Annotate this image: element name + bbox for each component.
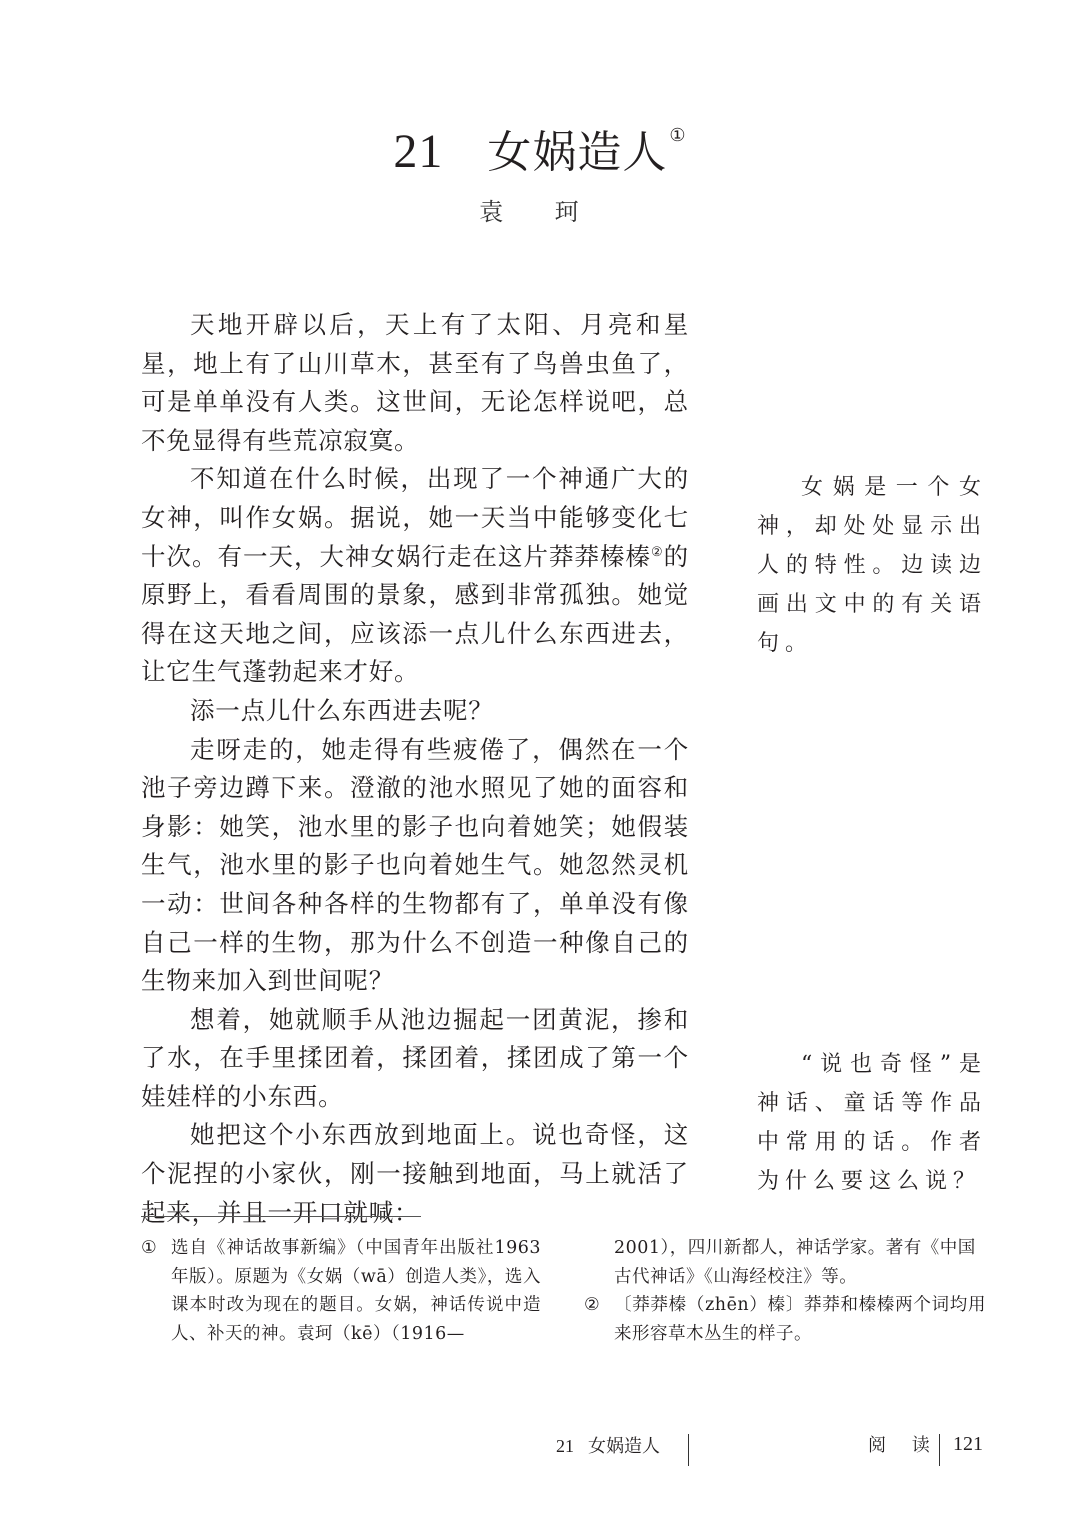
paragraph-1: 天地开辟以后，天上有了太阳、月亮和星星，地上有了山川草木，甚至有了鸟兽虫鱼了，可… [141, 306, 689, 460]
footnote-1: ① 选自《神话故事新编》（中国青年出版社1963年版）。原题为《女娲（wā）创造… [141, 1234, 541, 1348]
footer-lesson-number: 21 [556, 1436, 574, 1456]
paragraph-4: 走呀走的，她走得有些疲倦了，偶然在一个池子旁边蹲下来。澄澈的池水照见了她的面容和… [141, 731, 689, 1001]
main-text: 天地开辟以后，天上有了太阳、月亮和星星，地上有了山川草木，甚至有了鸟兽虫鱼了，可… [141, 306, 689, 1232]
footer-divider-right [939, 1434, 940, 1466]
lesson-title-text: 女娲造人 [487, 127, 667, 178]
footer-divider-left [688, 1434, 689, 1466]
footer-section: 阅 读 [868, 1432, 940, 1460]
lesson-number: 21 [393, 125, 443, 178]
footnotes-right-column: 2001），四川新都人，神话学家。著有《中国古代神话》《山海经校注》等。 ② 〔… [584, 1234, 986, 1348]
paragraph-3: 添一点儿什么东西进去呢？ [141, 692, 689, 731]
footer-lesson-title: 女娲造人 [588, 1436, 660, 1457]
footnote-ref-2[interactable]: ② [651, 545, 664, 560]
footnote-1-continuation: 2001），四川新都人，神话学家。著有《中国古代神话》《山海经校注》等。 [584, 1234, 986, 1291]
paragraph-5: 想着，她就顺手从池边掘起一团黄泥，掺和了水，在手里揉团着，揉团着，揉团成了第一个… [141, 1001, 689, 1117]
footnote-2: ② 〔莽莽榛（zhēn）榛〕莽莽和榛榛两个词均用来形容草木丛生的样子。 [584, 1291, 986, 1348]
page-number: 121 [953, 1430, 983, 1458]
paragraph-2: 不知道在什么时候，出现了一个神通广大的女神，叫作女娲。据说，她一天当中能够变化七… [141, 460, 689, 692]
title-footnote-marker[interactable]: ① [669, 125, 686, 146]
footnote-1-text: 选自《神话故事新编》（中国青年出版社1963年版）。原题为《女娲（wā）创造人类… [171, 1238, 541, 1344]
side-note-2: “说也奇怪”是神话、童话等作品中常用的话。作者为什么要这么说？ [757, 1045, 987, 1201]
paragraph-6: 她把这个小东西放到地面上。说也奇怪，这个泥捏的小家伙，刚一接触到地面，马上就活了… [141, 1116, 689, 1232]
side-note-1: 女娲是一个女神，却处处显示出人的特性。边读边画出文中的有关语句。 [757, 468, 987, 663]
footnote-2-marker: ② [584, 1291, 600, 1320]
footnote-divider [141, 1216, 421, 1217]
author-name: 袁 珂 [0, 192, 1080, 227]
lesson-title: 21女娲造人① [0, 108, 1080, 181]
footnotes-left-column: ① 选自《神话故事新编》（中国青年出版社1963年版）。原题为《女娲（wā）创造… [141, 1234, 541, 1348]
footer-lesson: 21女娲造人 [556, 1432, 660, 1461]
footnote-2-text: 〔莽莽榛（zhēn）榛〕莽莽和榛榛两个词均用来形容草木丛生的样子。 [614, 1295, 986, 1344]
footnote-1-marker: ① [141, 1234, 157, 1263]
